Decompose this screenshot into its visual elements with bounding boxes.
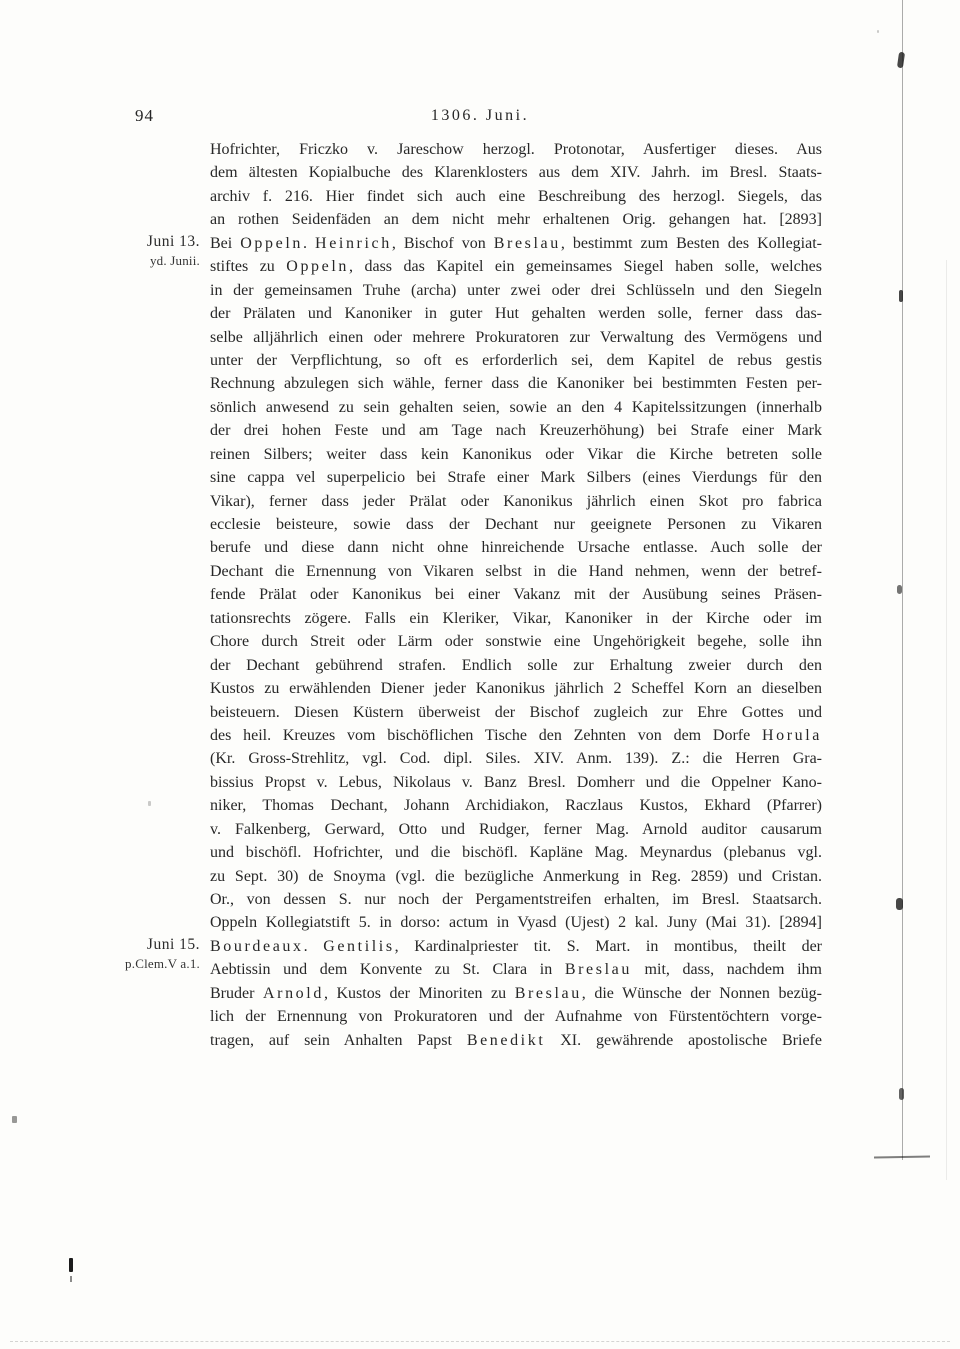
text-line: unter der Verpflichtung, so oft es erfor… <box>210 349 822 372</box>
text-column: Hofrichter, Friczko v. Jareschow herzogl… <box>210 138 822 1052</box>
running-head: 1306. Juni. <box>0 107 960 125</box>
letterspaced-name: Horula <box>762 727 822 744</box>
text-line: v. Falkenberg, Gerward, Otto und Rudger,… <box>210 818 822 841</box>
scan-artifact <box>897 585 902 594</box>
scan-speck <box>12 1116 17 1123</box>
text-line: der Dechant gebührend strafen. Endlich s… <box>210 654 822 677</box>
text-line: des heil. Kreuzes vom bischöflichen Tisc… <box>210 724 822 747</box>
letterspaced-name: Arnold <box>263 985 324 1002</box>
text-line: tationsrechts zögere. Falls ein Kleriker… <box>210 607 822 630</box>
page-edge-shadow <box>946 260 947 1180</box>
text-line: Bei Oppeln. Heinrich, Bischof von Bresla… <box>210 232 822 255</box>
scan-speck <box>148 801 151 806</box>
text-line: Bruder Arnold, Kustos der Minoriten zu B… <box>210 982 822 1005</box>
text-line: zu Sept. 30) de Snoyma (vgl. die bezügli… <box>210 865 822 888</box>
text-line: der Prälaten und Kanoniker in guter Hut … <box>210 302 822 325</box>
text-line: Kustos zu erwählenden Diener jeder Kanon… <box>210 677 822 700</box>
scanned-book-page: 94 1306. Juni. Hofrichter, Friczko v. Ja… <box>0 0 960 1349</box>
entry-block: Juni 13.yd. Junii.Bei Oppeln. Heinrich, … <box>210 232 822 935</box>
text-line: archiv f. 216. Hier findet sich auch ein… <box>210 185 822 208</box>
text-line: sine cappa vel superpelicio bei Strafe e… <box>210 466 822 489</box>
margin-ref: p.Clem.V a.1. <box>88 956 200 972</box>
margin-date: Juni 13. <box>88 233 200 251</box>
letterspaced-name: Oppeln <box>240 235 303 252</box>
text-line: Aebtissin und dem Konvente zu St. Clara … <box>210 958 822 981</box>
margin-date: Juni 15. <box>88 936 200 954</box>
text-line: selbe alljährlich einen oder mehrere Pro… <box>210 326 822 349</box>
text-line: berufe und diese dann nicht ohne hinreic… <box>210 536 822 559</box>
entry-block: Juni 15.p.Clem.V a.1.Bourdeaux. Gentilis… <box>210 935 822 1052</box>
scan-speck <box>877 30 879 33</box>
text-line: tragen, auf sein Anhalten Papst Benedikt… <box>210 1029 822 1052</box>
letterspaced-name: Benedikt <box>467 1032 546 1049</box>
text-line: Or., von dessen S. nur noch der Pergamen… <box>210 888 822 911</box>
entry-block: Hofrichter, Friczko v. Jareschow herzogl… <box>210 138 822 232</box>
ink-mark-tail <box>70 1276 72 1282</box>
letterspaced-name: Bourdeaux <box>210 938 304 955</box>
text-line: in der gemeinsamen Truhe (archa) unter z… <box>210 279 822 302</box>
scan-artifact <box>896 898 903 910</box>
text-line: fende Prälat oder Kanonikus bei einer Va… <box>210 583 822 606</box>
text-line: lich der Ernennung von Prokuratoren und … <box>210 1005 822 1028</box>
letterspaced-name: Breslau <box>515 985 582 1002</box>
text-line: Hofrichter, Friczko v. Jareschow herzogl… <box>210 138 822 161</box>
text-line: sönlich anwesend zu sein gehalten seien,… <box>210 396 822 419</box>
text-line: beisteuern. Diesen Küstern überweist der… <box>210 701 822 724</box>
margin-ref: yd. Junii. <box>88 253 200 269</box>
text-line: Chore durch Streit oder Lärm oder sonstw… <box>210 630 822 653</box>
text-line: niker, Thomas Dechant, Johann Archidiako… <box>210 794 822 817</box>
scan-artifact <box>897 52 905 69</box>
text-line: Rechnung abzulegen sich wähle, ferner da… <box>210 372 822 395</box>
scan-artifact <box>899 290 903 302</box>
scan-artifact <box>899 1088 904 1100</box>
letterspaced-name: Breslau <box>565 961 632 978</box>
scan-bottom-rule <box>10 1341 950 1342</box>
text-line: bissius Propst v. Lebus, Nikolaus v. Ban… <box>210 771 822 794</box>
text-line: der drei hohen Feste und am Tage nach Kr… <box>210 419 822 442</box>
text-line: Vikar), ferner dass jeder Prälat oder Ka… <box>210 490 822 513</box>
letterspaced-name: Breslau <box>494 235 561 252</box>
letterspaced-name: Gentilis <box>323 938 394 955</box>
text-line: und bischöfl. Hofrichter, und die bischö… <box>210 841 822 864</box>
letterspaced-name: Heinrich <box>315 235 392 252</box>
text-line: reinen Silbers; weiter dass kein Kanonik… <box>210 443 822 466</box>
text-line: dem ältesten Kopialbuche des Klarenklost… <box>210 161 822 184</box>
scan-fold-line <box>902 0 903 1160</box>
letterspaced-name: Oppeln <box>286 258 349 275</box>
text-line: an rothen Seidenfäden an dem nicht mehr … <box>210 208 822 231</box>
text-line: ecclesie beisteure, sowie dass der Decha… <box>210 513 822 536</box>
text-line: Oppeln Kollegiatstift 5. in dorso: actum… <box>210 911 822 934</box>
text-line: Bourdeaux. Gentilis, Kardinalpriester ti… <box>210 935 822 958</box>
ink-mark <box>69 1258 73 1272</box>
text-line: (Kr. Gross-Strehlitz, vgl. Cod. dipl. Si… <box>210 747 822 770</box>
text-line: Dechant die Ernennung von Vikaren selbst… <box>210 560 822 583</box>
text-line: stiftes zu Oppeln, dass das Kapitel ein … <box>210 255 822 278</box>
